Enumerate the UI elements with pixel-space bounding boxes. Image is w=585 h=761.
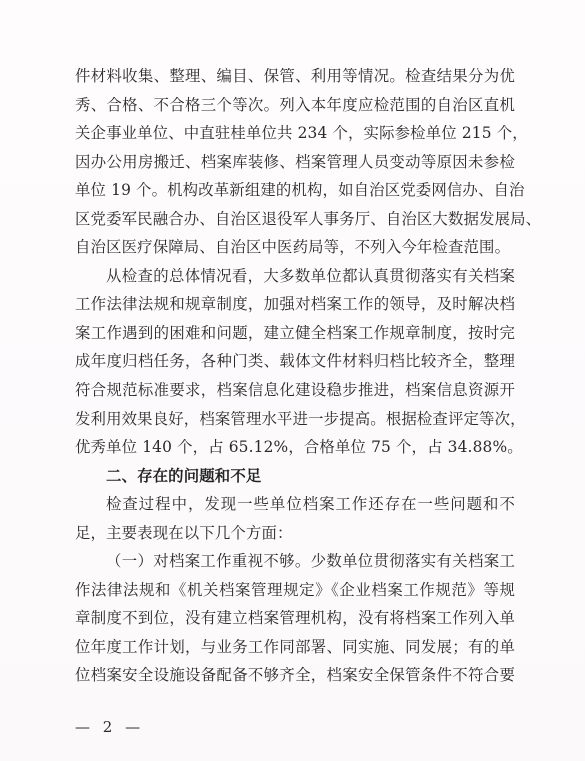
section-heading: 二、存在的问题和不足	[75, 462, 515, 491]
text-line: 秀、合格、不合格三个等次。列入本年度应检范围的自治区直机	[75, 91, 515, 120]
paragraph-first-line: （一）对档案工作重视不够。少数单位贯彻落实有关档案工	[75, 547, 515, 576]
text-line: 案工作遇到的困难和问题，建立健全档案工作规章制度，按时完	[75, 319, 515, 348]
document-body: 件材料收集、整理、编目、保管、利用等情况。检查结果分为优 秀、合格、不合格三个等…	[75, 62, 515, 690]
text-line: 作法律法规和《机关档案管理规定》《企业档案工作规范》等规	[75, 576, 515, 605]
text-line: 章制度不到位，没有建立档案管理机构，没有将档案工作列入单	[75, 604, 515, 633]
paragraph-first-line: 检查过程中，发现一些单位档案工作还存在一些问题和不	[75, 490, 515, 519]
text-line: 工作法律法规和规章制度，加强对档案工作的领导，及时解决档	[75, 290, 515, 319]
text-line: 符合规范标准要求，档案信息化建设稳步推进，档案信息资源开	[75, 376, 515, 405]
text-line: 关企事业单位、中直驻桂单位共 234 个，实际参检单位 215 个，	[75, 119, 515, 148]
text-line: 位档案安全设施设备配备不够齐全，档案安全保管条件不符合要	[75, 661, 515, 690]
text-line: 发利用效果良好，档案管理水平进一步提高。根据检查评定等次，	[75, 405, 515, 434]
text-line: 件材料收集、整理、编目、保管、利用等情况。检查结果分为优	[75, 62, 515, 91]
paragraph-first-line: 从检查的总体情况看，大多数单位都认真贯彻落实有关档案	[75, 262, 515, 291]
text-line: 自治区医疗保障局、自治区中医药局等，不列入今年检查范围。	[75, 233, 515, 262]
text-line: 位年度工作计划，与业务工作同部署、同实施、同发展；有的单	[75, 633, 515, 662]
text-line: 优秀单位 140 个，占 65.12%，合格单位 75 个，占 34.88%。	[75, 433, 515, 462]
document-page: 件材料收集、整理、编目、保管、利用等情况。检查结果分为优 秀、合格、不合格三个等…	[0, 0, 585, 761]
text-line: 足，主要表现在以下几个方面：	[75, 519, 515, 548]
text-line: 成年度归档任务，各种门类、载体文件材料归档比较齐全，整理	[75, 347, 515, 376]
text-line: 区党委军民融合办、自治区退役军人事务厅、自治区大数据发展局、	[75, 205, 515, 234]
page-number: — 2 —	[75, 718, 144, 736]
text-line: 因办公用房搬迁、档案库装修、档案管理人员变动等原因未参检	[75, 148, 515, 177]
text-line: 单位 19 个。机构改革新组建的机构，如自治区党委网信办、自治	[75, 176, 515, 205]
